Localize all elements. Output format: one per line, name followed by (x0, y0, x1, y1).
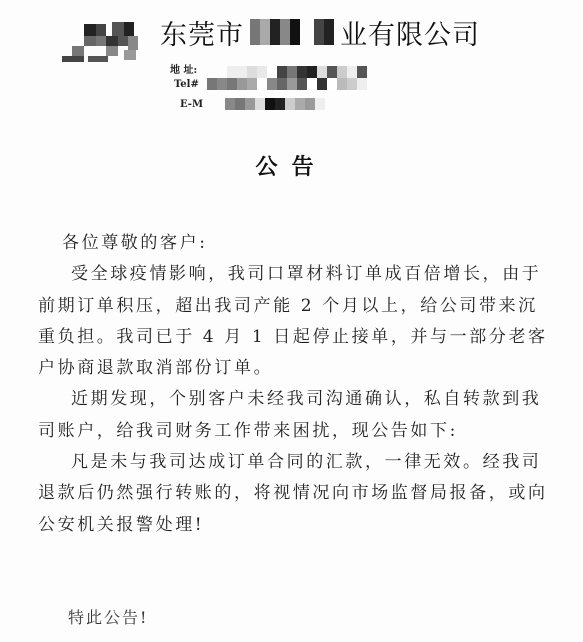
paragraph-1: 受全球疫情影响，我司口罩材料订单成百倍增长，由于前期订单积压，超出我司产能 2 … (38, 259, 548, 384)
salutation: 各位尊敬的客户: (38, 228, 548, 259)
address-row: 地 址: (170, 58, 367, 78)
email-row: E-M (180, 98, 325, 110)
company-name-suffix: 业有限公司 (340, 13, 480, 52)
closing-line: 特此公告! (68, 605, 148, 628)
company-name: 东莞市 业有限公司 (160, 14, 480, 50)
address-redacted (227, 66, 367, 78)
company-name-redacted (250, 19, 334, 45)
notice-title: 公告 (0, 150, 583, 181)
notice-body: 各位尊敬的客户: 受全球疫情影响，我司口罩材料订单成百倍增长，由于前期订单积压，… (38, 228, 548, 541)
email-label: E-M (180, 99, 203, 110)
company-name-prefix: 东莞市 (160, 13, 244, 52)
company-logo-redacted (62, 20, 144, 64)
paragraph-3: 凡是未与我司达成订单合同的汇款，一律无效。经我司退款后仍然强行转账的，将视情况向… (38, 447, 548, 541)
address-label: 地 址: (170, 61, 197, 76)
tel-row: Tel# (174, 78, 367, 90)
tel-redacted (207, 78, 367, 90)
email-redacted (225, 98, 325, 110)
tel-label: Tel# (174, 79, 199, 90)
paragraph-2: 近期发现，个别客户未经我司沟通确认，私自转款到我司账户，给我司财务工作带来困扰，… (38, 384, 548, 447)
